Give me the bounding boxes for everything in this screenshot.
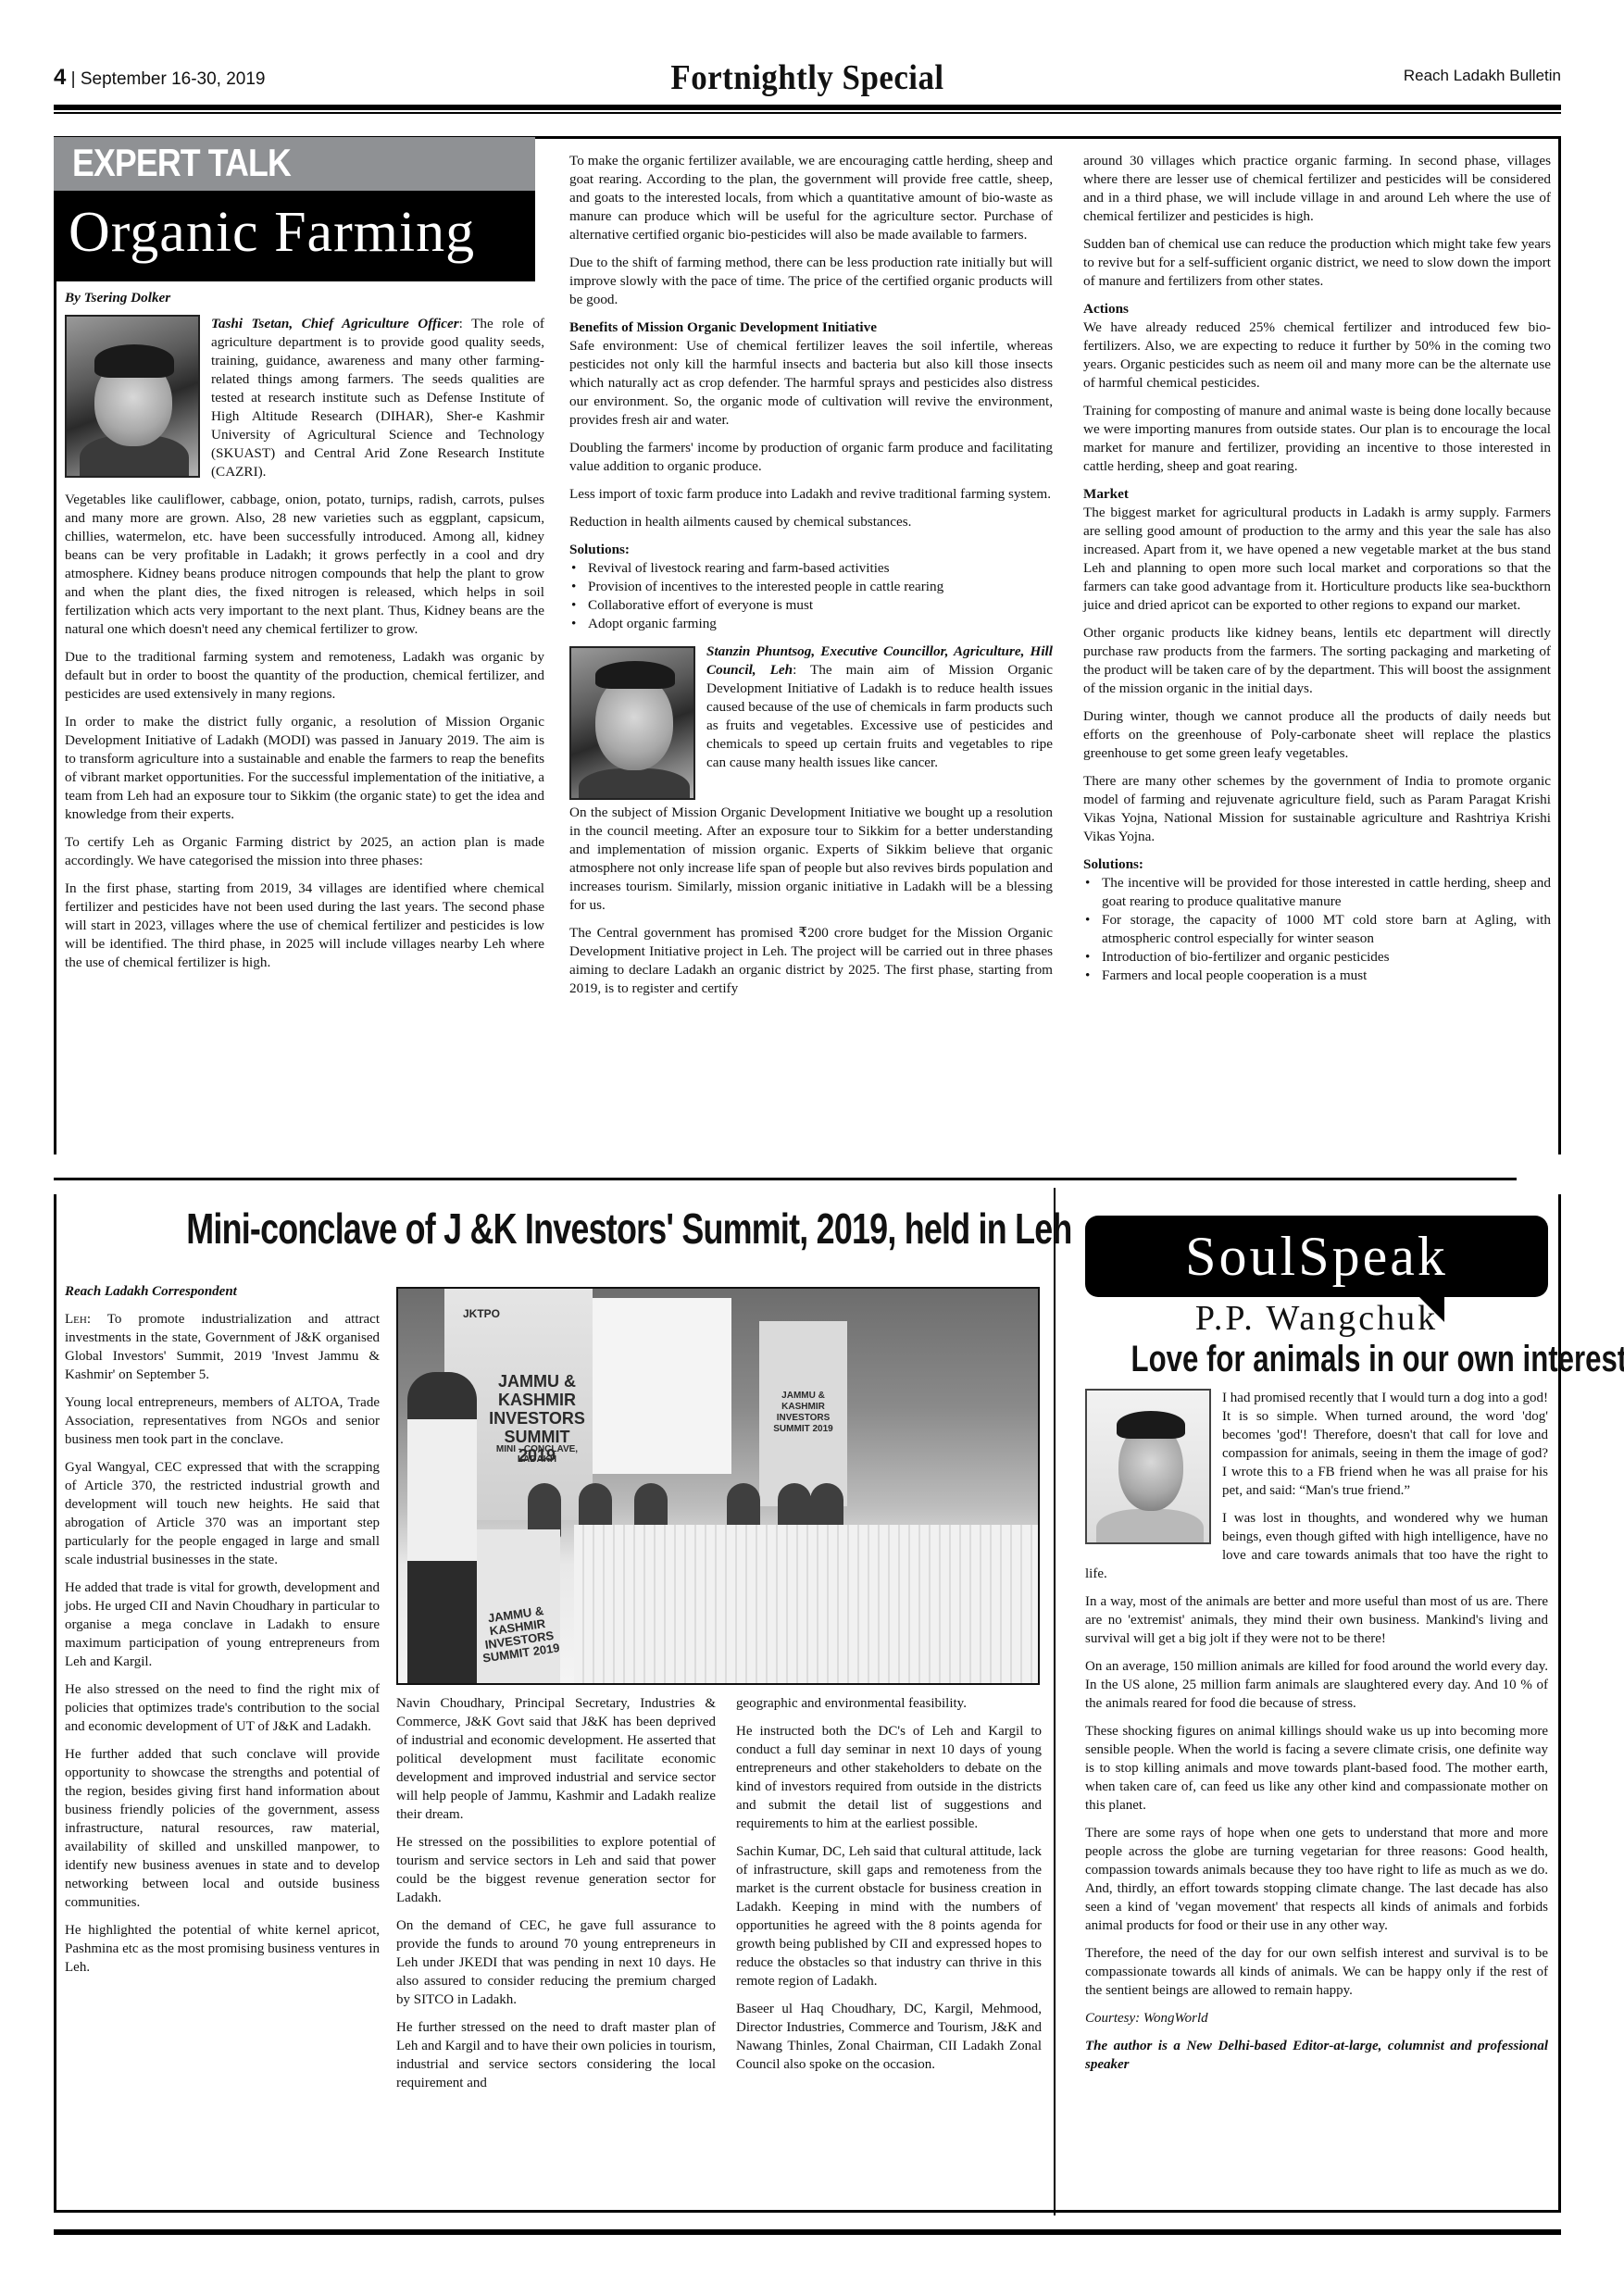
- market-heading: Market: [1083, 485, 1551, 504]
- section-divider: [54, 1178, 1517, 1180]
- paragraph: Navin Choudhary, Principal Secretary, In…: [396, 1694, 716, 1824]
- expert-col-1: By Tsering Dolker Tashi Tsetan, Chief Ag…: [65, 289, 544, 981]
- paragraph: Sachin Kumar, DC, Leh said that cultural…: [736, 1842, 1042, 1990]
- solutions-heading: Solutions:: [1083, 855, 1551, 874]
- footer-rule: [54, 2229, 1561, 2235]
- paragraph: around 30 villages which practice organi…: [1083, 152, 1551, 226]
- photo-organiser: JKTPO: [463, 1307, 500, 1320]
- paragraph: Doubling the farmers' income by producti…: [569, 439, 1053, 476]
- investors-col-1: Reach Ladakh Correspondent Leh: To promo…: [65, 1282, 380, 1986]
- solutions-list-1: Revival of livestock rearing and farm-ba…: [569, 559, 1053, 633]
- photo-stanzin-phuntsog: [569, 646, 695, 800]
- page-header: 4 | September 16-30, 2019 Fortnightly Sp…: [54, 57, 1561, 104]
- paragraph: Safe environment: Use of chemical fertil…: [569, 337, 1053, 430]
- soulspeak-author: P.P. Wangchuk: [1085, 1298, 1548, 1339]
- courtesy-note: Courtesy: WongWorld: [1085, 2009, 1548, 2028]
- list-item: For storage, the capacity of 1000 MT col…: [1083, 911, 1551, 948]
- paragraph: These shocking figures on animal killing…: [1085, 1722, 1548, 1815]
- byline: By Tsering Dolker: [65, 289, 544, 307]
- paragraph: On the demand of CEC, he gave full assur…: [396, 1916, 716, 2009]
- soulspeak-banner: SoulSpeak: [1085, 1216, 1548, 1297]
- paragraph: He further added that such conclave will…: [65, 1745, 380, 1912]
- benefits-heading: Benefits of Mission Organic Development …: [569, 318, 1053, 337]
- paragraph: To make the organic fertilizer available…: [569, 152, 1053, 244]
- photo-tashi-tsetan: [65, 315, 200, 478]
- list-item: Adopt organic farming: [569, 615, 1053, 633]
- paragraph: The biggest market for agricultural prod…: [1083, 504, 1551, 615]
- photo-hair: [1117, 1411, 1185, 1439]
- list-item: The incentive will be provided for those…: [1083, 874, 1551, 911]
- investors-byline: Reach Ladakh Correspondent: [65, 1282, 380, 1301]
- actions-heading: Actions: [1083, 300, 1551, 318]
- photo-table: [574, 1525, 1040, 1685]
- paragraph: Baseer ul Haq Choudhary, DC, Kargil, Meh…: [736, 2000, 1042, 2074]
- soulspeak-headline: Love for animals in our own interest: [1131, 1339, 1503, 1380]
- paragraph: Young local entrepreneurs, members of AL…: [65, 1393, 380, 1449]
- paragraph: Due to the shift of farming method, ther…: [569, 254, 1053, 309]
- column-divider: [1054, 1188, 1056, 2215]
- photo-body: [1096, 1509, 1204, 1544]
- paragraph: He further stressed on the need to draft…: [396, 2018, 716, 2092]
- speaker-intro-1: : The role of agriculture department is …: [211, 316, 544, 480]
- solutions-list-2: The incentive will be provided for those…: [1083, 874, 1551, 985]
- paragraph: He highlighted the potential of white ke…: [65, 1921, 380, 1977]
- paragraph: There are many other schemes by the gove…: [1083, 772, 1551, 846]
- list-item: Collaborative effort of everyone is must: [569, 596, 1053, 615]
- photo-speaker: [407, 1372, 477, 1685]
- header-rule-thin: [54, 112, 1561, 114]
- paragraph: On an average, 150 million animals are k…: [1085, 1657, 1548, 1713]
- publication-name: Reach Ladakh Bulletin: [1404, 67, 1561, 85]
- expert-talk-label: EXPERT TALK: [72, 141, 291, 185]
- article-title-banner: Organic Farming: [54, 191, 535, 281]
- article-title: Organic Farming: [69, 200, 475, 266]
- paragraph: On the subject of Mission Organic Develo…: [569, 804, 1053, 915]
- paragraph: Vegetables like cauliflower, cabbage, on…: [65, 491, 544, 639]
- paragraph: The Central government has promised ₹200…: [569, 924, 1053, 998]
- paragraph: Due to the traditional farming system an…: [65, 648, 544, 704]
- expert-col-3: around 30 villages which practice organi…: [1083, 152, 1551, 994]
- paragraph: Sudden ban of chemical use can reduce th…: [1083, 235, 1551, 291]
- investors-col-2: Navin Choudhary, Principal Secretary, In…: [396, 1694, 716, 2102]
- section-title: Fortnightly Special: [114, 57, 1501, 98]
- expert-col-2: To make the organic fertilizer available…: [569, 152, 1053, 1007]
- page-number: 4: [54, 65, 66, 90]
- paragraph: In a way, most of the animals are better…: [1085, 1592, 1548, 1648]
- paragraph: Training for composting of manure and an…: [1083, 402, 1551, 476]
- paragraph: Reduction in health ailments caused by c…: [569, 513, 1053, 531]
- paragraph: We have already reduced 25% chemical fer…: [1083, 318, 1551, 393]
- paragraph: geographic and environmental feasibility…: [736, 1694, 1042, 1713]
- paragraph: Gyal Wangyal, CEC expressed that with th…: [65, 1458, 380, 1569]
- expert-talk-tag: EXPERT TALK: [54, 137, 535, 191]
- paragraph: Other organic products like kidney beans…: [1083, 624, 1551, 698]
- header-rule-thick: [54, 105, 1561, 110]
- photo-banner-right-text: JAMMU & KASHMIR INVESTORS SUMMIT 2019: [764, 1391, 843, 1435]
- photo-projector-screen: [593, 1298, 731, 1474]
- soulspeak-body: I had promised recently that I would tur…: [1085, 1389, 1548, 2083]
- list-item: Farmers and local people cooperation is …: [1083, 967, 1551, 985]
- paragraph: In order to make the district fully orga…: [65, 713, 544, 824]
- paragraph: Less import of toxic farm produce into L…: [569, 485, 1053, 504]
- soulspeak-title: SoulSpeak: [1085, 1225, 1548, 1289]
- paragraph: He instructed both the DC's of Leh and K…: [736, 1722, 1042, 1833]
- paragraph: : To promote industrialization and attra…: [65, 1312, 380, 1382]
- paragraph: He stressed on the possibilities to expl…: [396, 1833, 716, 1907]
- investors-col-3: geographic and environmental feasibility…: [736, 1694, 1042, 2083]
- photo-hair: [94, 344, 174, 378]
- list-item: Introduction of bio-fertilizer and organ…: [1083, 948, 1551, 967]
- paragraph: He also stressed on the need to find the…: [65, 1680, 380, 1736]
- solutions-heading: Solutions:: [569, 541, 1053, 559]
- photo-pp-wangchuk: [1085, 1389, 1211, 1544]
- photo-hair: [595, 661, 675, 689]
- dateline: Leh: [65, 1312, 87, 1327]
- speaker-intro-2: : The main aim of Mission Organic Develo…: [706, 662, 1053, 770]
- paragraph: He added that trade is vital for growth,…: [65, 1578, 380, 1671]
- conclave-photo: JKTPO JAMMU & KASHMIR INVESTORS SUMMIT 2…: [396, 1287, 1040, 1685]
- paragraph: Therefore, the need of the day for our o…: [1085, 1944, 1548, 2000]
- photo-banner-sub: MINI - CONCLAVE, LADAKH: [486, 1444, 588, 1465]
- investors-headline: Mini-conclave of J &K Investors' Summit,…: [186, 1204, 930, 1254]
- paragraph: There are some rays of hope when one get…: [1085, 1824, 1548, 1935]
- speaker-name-1: Tashi Tsetan, Chief Agriculture Officer: [211, 316, 459, 331]
- paragraph: To certify Leh as Organic Farming distri…: [65, 833, 544, 870]
- photo-body: [579, 768, 690, 800]
- list-item: Provision of incentives to the intereste…: [569, 578, 1053, 596]
- list-item: Revival of livestock rearing and farm-ba…: [569, 559, 1053, 578]
- paragraph: During winter, though we cannot produce …: [1083, 707, 1551, 763]
- paragraph: In the first phase, starting from 2019, …: [65, 880, 544, 972]
- author-note: The author is a New Delhi-based Editor-a…: [1085, 2037, 1548, 2074]
